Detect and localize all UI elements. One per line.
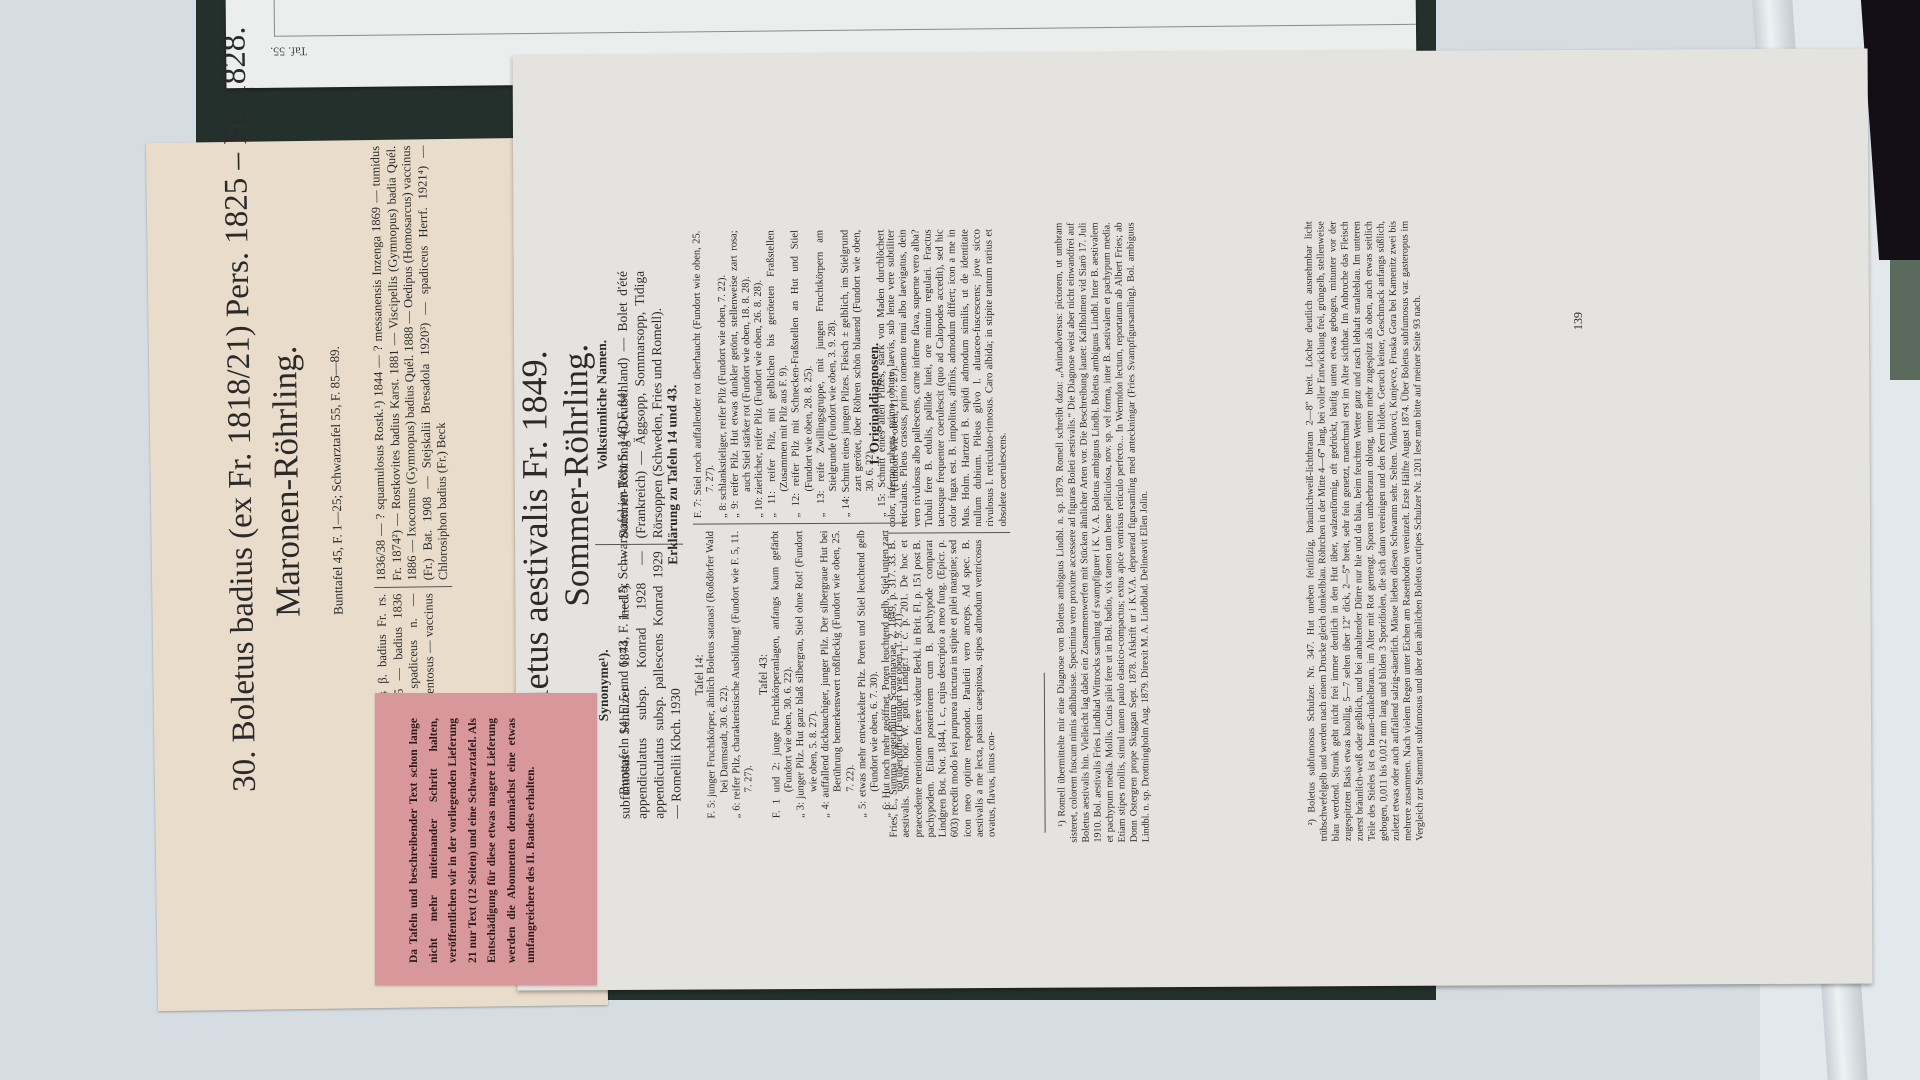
footnote-2: ²) Boletus subfumosus Schulzer. Nr. 347.… (1303, 221, 1426, 842)
main-page-boletus-aestivalis: 29. Boletus aestivalis Fr. 1849. Sommer-… (513, 48, 1873, 990)
common-names-text: Sommer-Röhrling (Deutschland) — Bolet d'… (613, 271, 665, 539)
figure-entry: F. 5: junger Fruchtkörper, ähnlich Bolet… (705, 531, 731, 819)
footnote-1: ¹) Romell übermittelte mir eine Diagnose… (1053, 222, 1152, 842)
synonyms-heading: Synonyme¹). (595, 552, 612, 820)
figure-entry: „ 11: reifer Pilz, mit gelblichen bis ge… (765, 230, 791, 518)
plate-label: Taf. 55. (270, 43, 307, 58)
plate-frame (273, 0, 1415, 37)
common-names-heading: Volkstümliche Namen. (594, 271, 611, 539)
page-number: 139 (1571, 312, 1585, 330)
figure-entry: „ 12: reifer Pilz mit Schnecken-Fraßstel… (790, 230, 816, 518)
left-page-synonyms: neus β. badius Fr. rs. 1825 — badius 183… (368, 139, 454, 720)
explanation-heading: Erklärung zu Tafeln 14 und 43. (663, 195, 681, 755)
figure-entry: „ 9: reifer Pilz. Hut etwas dunkler getö… (728, 230, 754, 518)
diagnosis-col2: color, inferne rubens, primo obtutu laev… (885, 223, 1010, 534)
left-page-subtitle: Maronen-Röhrling. (262, 171, 311, 791)
figure-entry: „ 4: auffallend dickbauchiger, junger Pi… (819, 530, 857, 818)
footnote-divider (1044, 673, 1046, 833)
figure-entry: „ 3: junger Pilz. Hut ganz blaß silbergr… (794, 530, 820, 818)
left-page-plates-ref: Bunttafel 45, F. 1—25; Schwarztafel 55, … (324, 170, 348, 790)
background-object (1890, 260, 1920, 380)
figure-entry: „ 13: reife Zwillingsgruppe, mit jungen … (814, 230, 840, 518)
synonyms-col2: 1836/38 — ? squamulosus Rostk.¹) 1844 — … (368, 139, 452, 588)
figure-entry: „ 6: reifer Pilz, charakteristische Ausb… (730, 531, 756, 819)
figure-entry: F. 7: Stiel noch auffallender rot überha… (691, 230, 717, 518)
figure-entry: F. 1 und 2: junge Fruchtkörperanlagen, a… (770, 531, 796, 819)
diagnosis-col1: Fries, E., Summa vegetabilium Scandinavi… (887, 533, 1012, 843)
pink-notice-slip: Da Tafeln und beschreibender Text schon … (375, 693, 597, 985)
pink-notice-text: Da Tafeln und beschreibender Text schon … (405, 718, 542, 963)
left-page-title: 30. Boletus badius (ex Fr. 1818/21) Pers… (216, 172, 265, 792)
original-diagnoses-heading: I. Originaldiagnosen. (865, 194, 883, 614)
